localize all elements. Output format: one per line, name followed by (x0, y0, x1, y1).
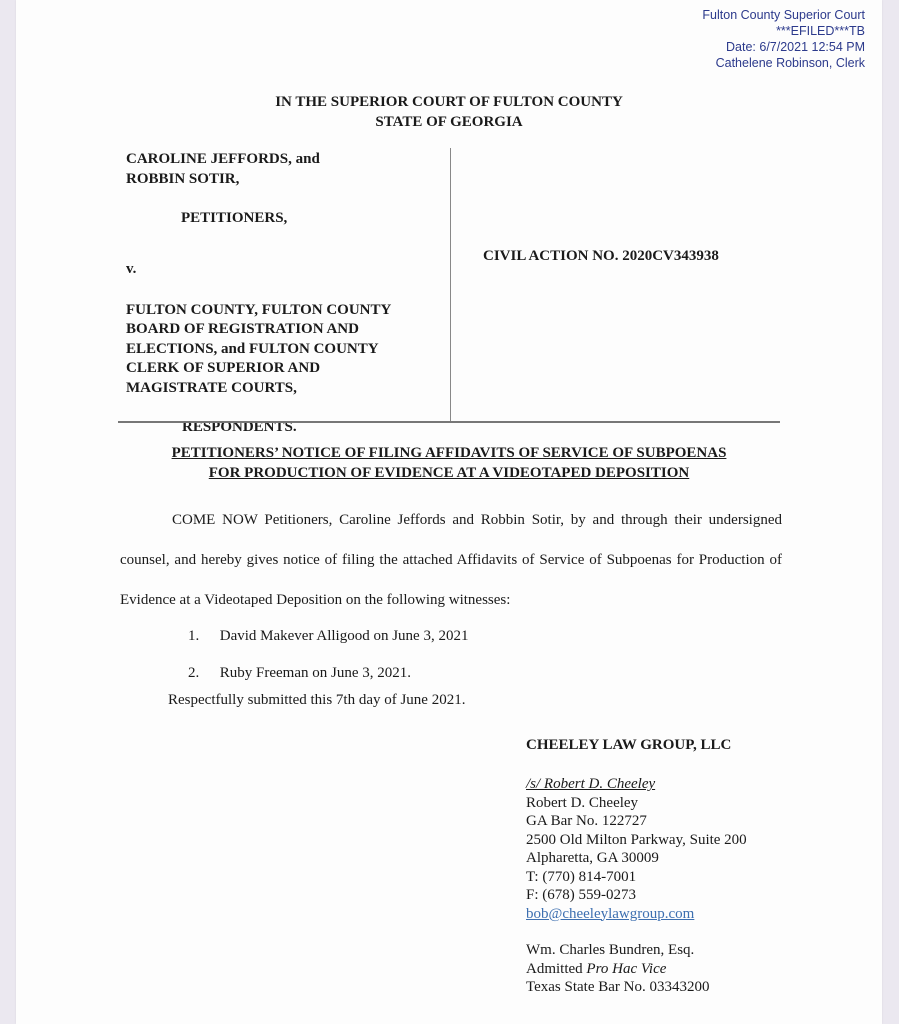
stamp-clerk: Cathelene Robinson, Clerk (702, 55, 865, 71)
document-title: PETITIONERS’ NOTICE OF FILING AFFIDAVITS… (16, 443, 882, 483)
signature-block: /s/ Robert D. Cheeley Robert D. Cheeley … (526, 775, 747, 997)
respondent-name: ELECTIONS, and FULTON COUNTY (126, 340, 391, 360)
list-number: 1. (166, 618, 216, 655)
court-heading: IN THE SUPERIOR COURT OF FULTON COUNTY S… (16, 92, 882, 132)
court-heading-line1: IN THE SUPERIOR COURT OF FULTON COUNTY (16, 92, 882, 112)
document-title-line2: FOR PRODUCTION OF EVIDENCE AT A VIDEOTAP… (16, 463, 882, 483)
petitioner-name: CAROLINE JEFFORDS, and (126, 150, 391, 170)
stamp-status: ***EFILED***TB (702, 23, 865, 39)
address-line2: Alpharetta, GA 30009 (526, 849, 747, 868)
respondent-name: FULTON COUNTY, FULTON COUNTY (126, 301, 391, 321)
witness-list-item: 2. Ruby Freeman on June 3, 2021. (166, 655, 468, 692)
pro-hac-vice-line: Admitted Pro Hac Vice (526, 960, 747, 979)
admitted-prefix: Admitted (526, 961, 586, 977)
petitioner-name: ROBBIN SOTIR, (126, 170, 391, 190)
witness-text: Ruby Freeman on June 3, 2021. (220, 665, 411, 681)
petitioners-label: PETITIONERS, (126, 209, 391, 229)
witness-list-item: 1. David Makever Alligood on June 3, 202… (166, 618, 468, 655)
witness-list: 1. David Makever Alligood on June 3, 202… (166, 618, 468, 692)
attorney-bar-number: GA Bar No. 122727 (526, 812, 747, 831)
court-heading-line2: STATE OF GEORGIA (16, 112, 882, 132)
caption-divider-horizontal (118, 421, 780, 423)
witness-text: David Makever Alligood on June 3, 2021 (220, 628, 469, 644)
respondent-name: BOARD OF REGISTRATION AND (126, 320, 391, 340)
submission-statement: Respectfully submitted this 7th day of J… (168, 692, 465, 709)
co-counsel-bar-number: Texas State Bar No. 03343200 (526, 978, 747, 997)
efiling-stamp: Fulton County Superior Court ***EFILED**… (702, 7, 865, 71)
stamp-date: Date: 6/7/2021 12:54 PM (702, 39, 865, 55)
phone-number: T: (770) 814-7001 (526, 868, 747, 887)
caption-divider-vertical (450, 148, 451, 422)
respondent-name: CLERK OF SUPERIOR AND (126, 359, 391, 379)
case-caption-parties: CAROLINE JEFFORDS, and ROBBIN SOTIR, PET… (126, 150, 391, 437)
email-link[interactable]: bob@cheeleylawgroup.com (526, 906, 694, 922)
document-page: Fulton County Superior Court ***EFILED**… (16, 0, 882, 1024)
document-title-line1: PETITIONERS’ NOTICE OF FILING AFFIDAVITS… (16, 443, 882, 463)
versus-label: v. (126, 260, 391, 280)
respondent-name: MAGISTRATE COURTS, (126, 379, 391, 399)
attorney-name: Robert D. Cheeley (526, 794, 747, 813)
body-paragraph: COME NOW Petitioners, Caroline Jeffords … (120, 500, 782, 620)
body-paragraph-text: COME NOW Petitioners, Caroline Jeffords … (120, 500, 782, 620)
electronic-signature: /s/ Robert D. Cheeley (526, 775, 747, 794)
co-counsel-name: Wm. Charles Bundren, Esq. (526, 941, 747, 960)
list-number: 2. (166, 655, 216, 692)
civil-action-number: CIVIL ACTION NO. 2020CV343938 (483, 248, 719, 265)
address-line1: 2500 Old Milton Parkway, Suite 200 (526, 831, 747, 850)
law-firm-name: CHEELEY LAW GROUP, LLC (526, 737, 731, 754)
pro-hac-vice-text: Pro Hac Vice (586, 961, 666, 977)
stamp-court: Fulton County Superior Court (702, 7, 865, 23)
fax-number: F: (678) 559-0273 (526, 886, 747, 905)
